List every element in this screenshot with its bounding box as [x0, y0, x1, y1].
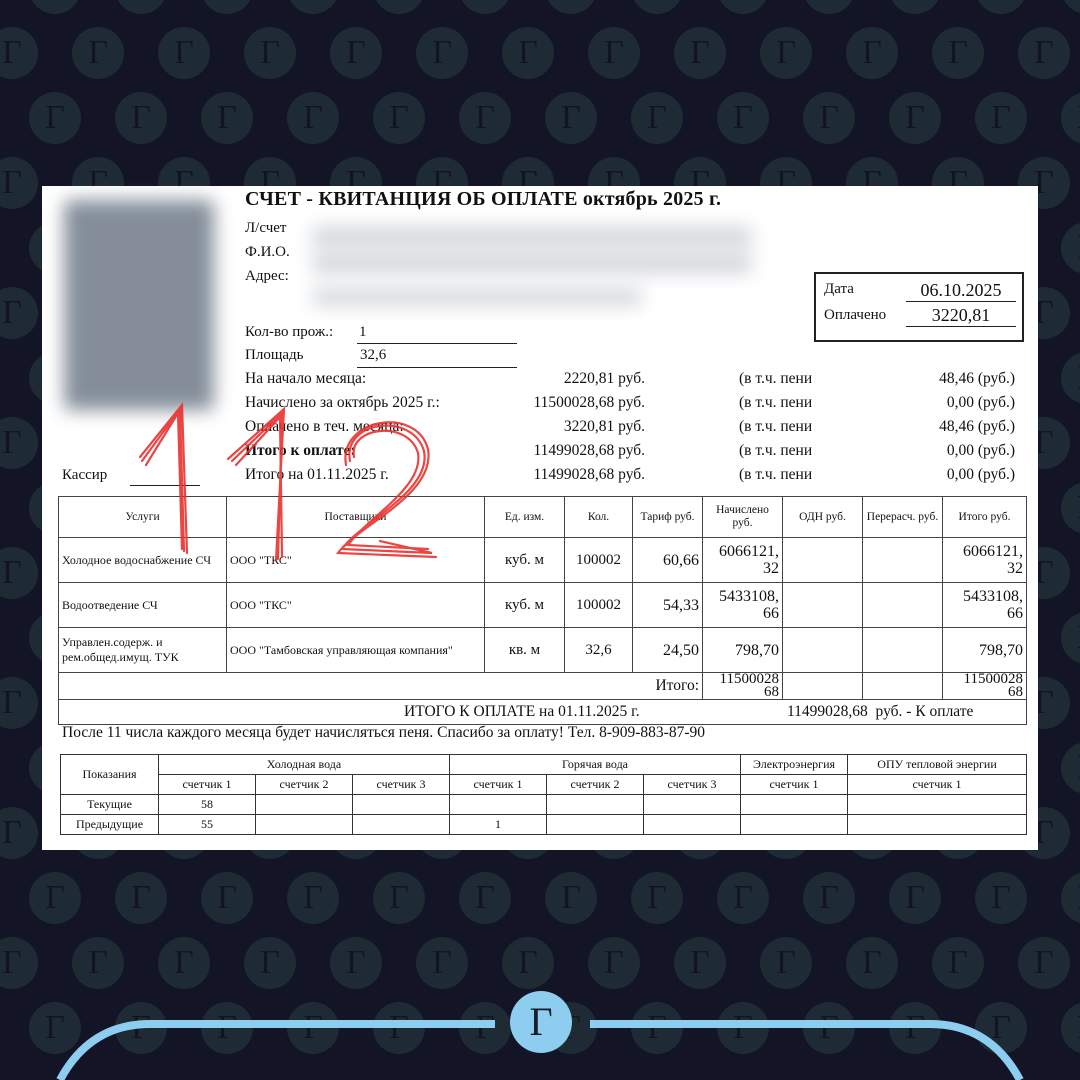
name-label: Ф.И.О. [245, 244, 290, 261]
charged-cell: 798,70 [703, 628, 783, 673]
odn-cell [783, 583, 863, 628]
background-logo-dot: Г [502, 27, 554, 79]
final-total-row: ИТОГО К ОПЛАТЕ на 01.11.2025 г.11499028,… [59, 700, 1027, 725]
meter-header: счетчик 3 [644, 775, 741, 795]
background-logo-dot: Г [373, 92, 425, 144]
reading-value [353, 795, 450, 815]
paid-label: Оплачено [824, 307, 886, 324]
reading-value [644, 815, 741, 835]
background-logo-dot: Г [588, 27, 640, 79]
paid-value: 3220,81 [906, 305, 1016, 327]
meter-group-header: Горячая вода [450, 755, 741, 775]
background-logo-dot: Г [72, 937, 124, 989]
background-logo-dot: Г [760, 27, 812, 79]
summary-amount: 2220,81 руб. [564, 370, 645, 388]
summary-penalty-label: (в т.ч. пени [739, 418, 812, 436]
background-logo-dot: Г [545, 872, 597, 924]
service-name-cell: Водоотведение СЧ [59, 583, 227, 628]
background-logo-dot: Г [674, 27, 726, 79]
background-logo-dot: Г [631, 92, 683, 144]
background-logo-dot: Г [1061, 742, 1080, 794]
background-logo-dot: Г [1061, 352, 1080, 404]
summary-penalty-label: (в т.ч. пени [739, 370, 812, 388]
background-logo-dot: Г [158, 937, 210, 989]
background-logo-dot: Г [588, 937, 640, 989]
background-logo-dot: Г [0, 417, 38, 469]
column-header: Перерасч. руб. [863, 497, 943, 538]
reading-row: Текущие58 [61, 795, 1027, 815]
background-logo-dot: Г [459, 92, 511, 144]
recalculation-cell [863, 628, 943, 673]
recalculation-cell [863, 538, 943, 583]
reading-value [741, 815, 848, 835]
summary-amount: 3220,81 руб. [564, 418, 645, 436]
quantity-cell: 100002 [565, 538, 633, 583]
reading-value [256, 815, 353, 835]
meter-group-header: Электроэнергия [741, 755, 848, 775]
meter-readings-table: ПоказанияХолодная водаГорячая водаЭлектр… [60, 754, 1027, 835]
reading-label: Предыдущие [61, 815, 159, 835]
account-label: Л/счет [245, 220, 286, 237]
totals-total: 11500028 68 [943, 673, 1027, 700]
payment-note: После 11 числа каждого месяца будет начи… [62, 724, 705, 742]
meter-header: счетчик 1 [741, 775, 848, 795]
background-logo-dot: Г [846, 27, 898, 79]
redacted-qr-code [64, 200, 214, 410]
summary-penalty-label: (в т.ч. пени [739, 394, 812, 412]
reading-value: 55 [159, 815, 256, 835]
redacted-address [312, 288, 642, 306]
background-logo-dot: Г [0, 937, 38, 989]
final-total-label: ИТОГО К ОПЛАТЕ на 01.11.2025 г. [404, 703, 640, 721]
background-logo-dot: Г [545, 0, 597, 14]
tariff-cell: 60,66 [633, 538, 703, 583]
reading-value [644, 795, 741, 815]
odn-cell [783, 538, 863, 583]
totals-row: Итого:11500028 6811500028 68 [59, 673, 1027, 700]
background-logo-dot: Г [72, 27, 124, 79]
summary-label: На начало месяца: [245, 370, 366, 388]
summary-penalty-label: (в т.ч. пени [739, 442, 812, 460]
total-cell: 5433108, 66 [943, 583, 1027, 628]
column-header: Поставщики [227, 497, 485, 538]
column-header: Кол. [565, 497, 633, 538]
service-name-cell: Управлен.содерж. и рем.общед.имущ. ТУК [59, 628, 227, 673]
tariff-cell: 24,50 [633, 628, 703, 673]
final-total-amount: 11499028,68 руб. - К оплате [787, 703, 973, 721]
service-row: Управлен.содерж. и рем.общед.имущ. ТУКОО… [59, 628, 1027, 673]
background-logo-dot: Г [803, 872, 855, 924]
summary-row: Начислено за октябрь 2025 г.:11500028,68… [245, 394, 1015, 418]
background-logo-dot: Г [846, 937, 898, 989]
background-logo-dot: Г [717, 0, 769, 14]
quantity-cell: 32,6 [565, 628, 633, 673]
background-logo-dot: Г [975, 872, 1027, 924]
background-logo-dot: Г [717, 92, 769, 144]
background-logo-dot: Г [889, 0, 941, 14]
tariff-cell: 54,33 [633, 583, 703, 628]
charged-cell: 6066121, 32 [703, 538, 783, 583]
meter-header: счетчик 1 [159, 775, 256, 795]
background-logo-dot: Г [975, 0, 1027, 14]
summary-penalty: 0,00 (руб.) [947, 466, 1015, 484]
redacted-account-info [312, 226, 752, 248]
reading-value [547, 795, 644, 815]
background-logo-dot: Г [1061, 612, 1080, 664]
summary-label: Оплачено в теч. месяца: [245, 418, 404, 436]
background-logo-dot: Г [115, 92, 167, 144]
summary-amount: 11500028,68 руб. [533, 394, 645, 412]
background-logo-dot: Г [0, 27, 38, 79]
background-logo-dot: Г [29, 92, 81, 144]
total-cell: 6066121, 32 [943, 538, 1027, 583]
summary-label: Итого на 01.11.2025 г. [245, 466, 389, 484]
background-logo-dot: Г [932, 937, 984, 989]
receipt-document: СЧЕТ - КВИТАНЦИЯ ОБ ОПЛАТЕ октябрь 2025 … [42, 186, 1038, 850]
meter-header: счетчик 1 [450, 775, 547, 795]
background-logo-dot: Г [1061, 222, 1080, 274]
background-logo-dot: Г [1018, 937, 1070, 989]
column-header: Начислено руб. [703, 497, 783, 538]
background-logo-dot: Г [0, 547, 38, 599]
unit-cell: куб. м [485, 583, 565, 628]
meter-header: счетчик 2 [547, 775, 644, 795]
summary-label: Начислено за октябрь 2025 г.: [245, 394, 440, 412]
meter-header: счетчик 3 [353, 775, 450, 795]
background-logo-dot: Г [201, 872, 253, 924]
background-logo-dot: Г [244, 937, 296, 989]
redacted-name [312, 252, 752, 274]
reading-value [547, 815, 644, 835]
summary-penalty: 48,46 (руб.) [939, 370, 1015, 388]
summary-row: Оплачено в теч. месяца:3220,81 руб.(в т.… [245, 418, 1015, 442]
background-logo-dot: Г [545, 92, 597, 144]
document-title: СЧЕТ - КВИТАНЦИЯ ОБ ОПЛАТЕ октябрь 2025 … [245, 188, 721, 211]
background-logo-dot: Г [459, 0, 511, 14]
summary-row: Итого к оплате:11499028,68 руб.(в т.ч. п… [245, 442, 1015, 466]
service-row: Водоотведение СЧООО "ТКС"куб. м10000254,… [59, 583, 1027, 628]
meter-header: счетчик 1 [848, 775, 1027, 795]
column-header: Тариф руб. [633, 497, 703, 538]
background-logo-dot: Г [1061, 482, 1080, 534]
residents-label: Кол-во прож.: [245, 324, 333, 341]
reading-value [256, 795, 353, 815]
background-logo-dot: Г [1061, 872, 1080, 924]
background-logo-dot: Г [287, 872, 339, 924]
service-name-cell: Холодное водоснабжение СЧ [59, 538, 227, 583]
cashier-label: Кассир [62, 467, 107, 484]
date-label: Дата [824, 281, 854, 298]
reading-value [741, 795, 848, 815]
readings-row-header: Показания [61, 755, 159, 795]
date-value: 06.10.2025 [906, 280, 1016, 302]
reading-value [848, 795, 1027, 815]
service-row: Холодное водоснабжение СЧООО "ТКС"куб. м… [59, 538, 1027, 583]
total-cell: 798,70 [943, 628, 1027, 673]
background-logo-dot: Г [1061, 92, 1080, 144]
background-logo-dot: Г [0, 807, 38, 859]
totals-label: Итого: [59, 673, 703, 700]
summary-penalty-label: (в т.ч. пени [739, 466, 812, 484]
background-logo-dot: Г [1061, 0, 1080, 14]
background-logo-dot: Г [373, 872, 425, 924]
summary-row: Итого на 01.11.2025 г.11499028,68 руб.(в… [245, 466, 1015, 490]
reading-value [353, 815, 450, 835]
background-logo-dot: Г [201, 92, 253, 144]
summary-penalty: 0,00 (руб.) [947, 442, 1015, 460]
background-logo-dot: Г [1018, 27, 1070, 79]
recalculation-cell [863, 583, 943, 628]
totals-charged: 11500028 68 [703, 673, 783, 700]
reading-value [848, 815, 1027, 835]
summary-row: На начало месяца:2220,81 руб.(в т.ч. пен… [245, 370, 1015, 394]
odn-cell [783, 628, 863, 673]
background-logo-dot: Г [115, 0, 167, 14]
background-logo-dot: Г [889, 872, 941, 924]
background-logo-dot: Г [287, 0, 339, 14]
residents-value: 1 [359, 324, 367, 341]
background-logo-dot: Г [0, 287, 38, 339]
background-logo-dot: Г [932, 27, 984, 79]
background-logo-dot: Г [416, 27, 468, 79]
column-header: Итого руб. [943, 497, 1027, 538]
background-logo-dot: Г [631, 0, 683, 14]
background-logo-dot: Г [287, 92, 339, 144]
address-label: Адрес: [245, 268, 289, 285]
background-logo-dot: Г [373, 0, 425, 14]
background-logo-dot: Г [330, 937, 382, 989]
background-logo-dot: Г [975, 92, 1027, 144]
background-logo-dot: Г [0, 677, 38, 729]
background-logo-dot: Г [330, 27, 382, 79]
reading-label: Текущие [61, 795, 159, 815]
background-logo-dot: Г [158, 27, 210, 79]
area-label: Площадь [245, 347, 304, 364]
background-logo-dot: Г [631, 872, 683, 924]
area-value: 32,6 [360, 347, 386, 364]
unit-cell: куб. м [485, 538, 565, 583]
background-logo-dot: Г [889, 92, 941, 144]
meter-header: счетчик 2 [256, 775, 353, 795]
summary-label: Итого к оплате: [245, 442, 356, 460]
background-logo-dot: Г [717, 872, 769, 924]
background-logo-dot: Г [29, 872, 81, 924]
services-table: УслугиПоставщикиЕд. изм.Кол.Тариф руб.На… [58, 496, 1027, 725]
background-logo-dot: Г [760, 937, 812, 989]
payment-info-box: Дата 06.10.2025 Оплачено 3220,81 [814, 272, 1024, 342]
column-header: ОДН руб. [783, 497, 863, 538]
background-logo-dot: Г [459, 872, 511, 924]
charged-cell: 5433108, 66 [703, 583, 783, 628]
reading-row: Предыдущие551 [61, 815, 1027, 835]
background-logo-dot: Г [803, 92, 855, 144]
reading-value: 1 [450, 815, 547, 835]
column-header: Услуги [59, 497, 227, 538]
supplier-name-cell: ООО "ТКС" [227, 583, 485, 628]
quantity-cell: 100002 [565, 583, 633, 628]
background-logo-dot: Г [201, 0, 253, 14]
background-logo-dot: Г [244, 27, 296, 79]
summary-penalty: 48,46 (руб.) [939, 418, 1015, 436]
summary-amount: 11499028,68 руб. [533, 442, 645, 460]
meter-group-header: ОПУ тепловой энергии [848, 755, 1027, 775]
supplier-name-cell: ООО "Тамбовская управляющая компания" [227, 628, 485, 673]
background-logo-dot: Г [502, 937, 554, 989]
summary-penalty: 0,00 (руб.) [947, 394, 1015, 412]
background-logo-dot: Г [29, 0, 81, 14]
unit-cell: кв. м [485, 628, 565, 673]
background-logo-dot: Г [674, 937, 726, 989]
background-logo-dot: Г [0, 157, 38, 209]
background-logo-dot: Г [803, 0, 855, 14]
supplier-name-cell: ООО "ТКС" [227, 538, 485, 583]
reading-value [450, 795, 547, 815]
background-logo-dot: Г [416, 937, 468, 989]
summary-amount: 11499028,68 руб. [533, 466, 645, 484]
meter-group-header: Холодная вода [159, 755, 450, 775]
brand-logo-badge: Г [510, 991, 572, 1053]
column-header: Ед. изм. [485, 497, 565, 538]
reading-value: 58 [159, 795, 256, 815]
background-logo-dot: Г [115, 872, 167, 924]
